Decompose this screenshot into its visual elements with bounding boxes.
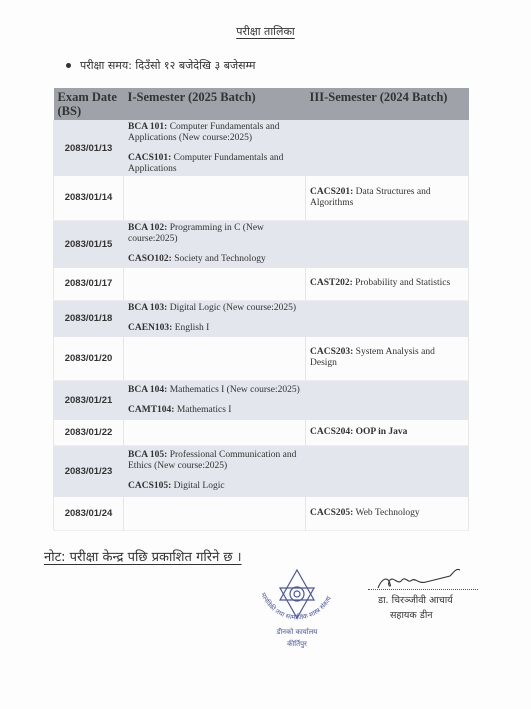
- course-entry: BCA 102: Programming in C (New course:20…: [128, 223, 301, 245]
- course-code: CASO102:: [128, 254, 172, 264]
- semester-1-cell: [124, 497, 306, 530]
- course-entry: CACS204: OOP in Java: [310, 427, 464, 438]
- table-row: 2083/01/17CAST202: Probability and Stati…: [54, 268, 469, 300]
- course-name: Web Technology: [356, 508, 420, 518]
- course-name: Mathematics I (New course:2025): [170, 385, 300, 395]
- course-name: OOP in Java: [356, 427, 408, 437]
- course-name: Digital Logic: [174, 481, 225, 491]
- signatory-name: डा. चिरञ्जीवी आचार्य: [378, 593, 478, 606]
- course-entry: CACS203: System Analysis and Design: [310, 347, 464, 369]
- course-name: Probability and Statistics: [355, 278, 450, 288]
- semester-1-cell: [124, 176, 306, 220]
- signature-line: [368, 589, 478, 590]
- exam-date-cell: 2083/01/21: [54, 380, 124, 420]
- table-row: 2083/01/18BCA 103: Digital Logic (New co…: [54, 300, 469, 337]
- course-name: Society and Technology: [174, 254, 266, 264]
- course-code: BCA 101:: [128, 122, 167, 132]
- table-row: 2083/01/13BCA 101: Computer Fundamentals…: [54, 120, 469, 176]
- table-row: 2083/01/21BCA 104: Mathematics I (New co…: [54, 380, 469, 420]
- semester-1-cell: BCA 102: Programming in C (New course:20…: [124, 220, 306, 268]
- note-text: नोट: परीक्षा केन्द्र पछि प्रकाशित गरिने …: [44, 547, 242, 565]
- header-exam-date: Exam Date (BS): [54, 88, 124, 120]
- header-semester-3: III-Semester (2024 Batch): [306, 88, 469, 120]
- semester-3-cell: CACS201: Data Structures and Algorithms: [306, 176, 469, 220]
- exam-date-cell: 2083/01/20: [54, 337, 124, 380]
- course-entry: BCA 101: Computer Fundamentals and Appli…: [128, 122, 301, 144]
- semester-1-cell: BCA 103: Digital Logic (New course:2025)…: [124, 300, 306, 337]
- signature-scribble-icon: [368, 566, 478, 590]
- office-stamp: मानविकी तथा सामाजिक शास्त्र संकाय डीनको …: [252, 566, 342, 656]
- course-entry: BCA 103: Digital Logic (New course:2025): [128, 303, 301, 314]
- semester-3-cell: CACS204: OOP in Java: [306, 420, 469, 445]
- semester-1-cell: BCA 104: Mathematics I (New course:2025)…: [124, 380, 306, 420]
- table-row: 2083/01/22CACS204: OOP in Java: [54, 420, 469, 445]
- semester-1-cell: BCA 101: Computer Fundamentals and Appli…: [124, 120, 306, 176]
- exam-date-cell: 2083/01/22: [54, 420, 124, 445]
- semester-3-cell: CACS203: System Analysis and Design: [306, 337, 469, 380]
- semester-3-cell: CAST202: Probability and Statistics: [306, 268, 469, 300]
- course-name: English I: [175, 323, 210, 333]
- course-entry: CASO102: Society and Technology: [128, 254, 301, 265]
- semester-3-cell: [306, 380, 469, 420]
- semester-1-cell: [124, 420, 306, 445]
- table-header-row: Exam Date (BS) I-Semester (2025 Batch) I…: [54, 88, 469, 120]
- svg-text:मानविकी तथा सामाजिक शास्त्र सं: मानविकी तथा सामाजिक शास्त्र संकाय: [259, 592, 333, 622]
- exam-date-cell: 2083/01/17: [54, 268, 124, 300]
- course-code: BCA 102:: [128, 223, 167, 233]
- table-row: 2083/01/15BCA 102: Programming in C (New…: [54, 220, 469, 268]
- exam-date-cell: 2083/01/13: [54, 120, 124, 176]
- exam-schedule-table: Exam Date (BS) I-Semester (2025 Batch) I…: [53, 88, 469, 531]
- semester-1-cell: [124, 337, 306, 380]
- exam-date-cell: 2083/01/15: [54, 220, 124, 268]
- table-row: 2083/01/14CACS201: Data Structures and A…: [54, 176, 469, 220]
- exam-date-cell: 2083/01/24: [54, 497, 124, 530]
- bullet-icon: [66, 63, 71, 68]
- table-row: 2083/01/23BCA 105: Professional Communic…: [54, 445, 469, 497]
- course-code: CAMT104:: [128, 405, 174, 415]
- exam-date-cell: 2083/01/14: [54, 176, 124, 220]
- course-code: BCA 104:: [128, 385, 167, 395]
- course-code: CACS203:: [310, 347, 353, 357]
- course-entry: CAST202: Probability and Statistics: [310, 278, 464, 289]
- semester-1-cell: [124, 268, 306, 300]
- course-entry: CACS201: Data Structures and Algorithms: [310, 187, 464, 209]
- course-entry: CAMT104: Mathematics I: [128, 405, 301, 416]
- course-entry: CAEN103: English I: [128, 323, 301, 334]
- exam-date-cell: 2083/01/23: [54, 445, 124, 497]
- course-entry: BCA 104: Mathematics I (New course:2025): [128, 385, 301, 396]
- document-title: परीक्षा तालिका: [0, 24, 531, 39]
- stamp-line-2: कीर्तिपुर: [252, 640, 342, 649]
- course-code: CACS105:: [128, 481, 171, 491]
- course-code: CACS204:: [310, 427, 353, 437]
- exam-time-text: परीक्षा समय: दिउँसो १२ बजेदेखि ३ बजेसम्म: [80, 59, 255, 72]
- stamp-line-1: डीनको कार्यालय: [252, 628, 342, 637]
- semester-3-cell: [306, 220, 469, 268]
- semester-3-cell: [306, 445, 469, 497]
- course-entry: CACS205: Web Technology: [310, 508, 464, 519]
- course-name: Digital Logic (New course:2025): [170, 303, 296, 313]
- table-row: 2083/01/20CACS203: System Analysis and D…: [54, 337, 469, 380]
- course-code: CACS201:: [310, 187, 353, 197]
- course-code: BCA 103:: [128, 303, 167, 313]
- signatory-title: सहायक डीन: [390, 608, 490, 621]
- exam-time-bullet: परीक्षा समय: दिउँसो १२ बजेदेखि ३ बजेसम्म: [66, 58, 255, 73]
- exam-date-cell: 2083/01/18: [54, 300, 124, 337]
- course-entry: BCA 105: Professional Communication and …: [128, 450, 301, 472]
- semester-3-cell: [306, 120, 469, 176]
- semester-3-cell: [306, 300, 469, 337]
- course-code: CACS101:: [128, 153, 171, 163]
- header-semester-1: I-Semester (2025 Batch): [124, 88, 306, 120]
- table-row: 2083/01/24CACS205: Web Technology: [54, 497, 469, 530]
- course-code: BCA 105:: [128, 450, 167, 460]
- semester-3-cell: CACS205: Web Technology: [306, 497, 469, 530]
- semester-1-cell: BCA 105: Professional Communication and …: [124, 445, 306, 497]
- course-code: CAST202:: [310, 278, 353, 288]
- course-code: CAEN103:: [128, 323, 172, 333]
- course-entry: CACS105: Digital Logic: [128, 481, 301, 492]
- course-entry: CACS101: Computer Fundamentals and Appli…: [128, 153, 301, 175]
- course-name: Mathematics I: [177, 405, 232, 415]
- course-code: CACS205:: [310, 508, 353, 518]
